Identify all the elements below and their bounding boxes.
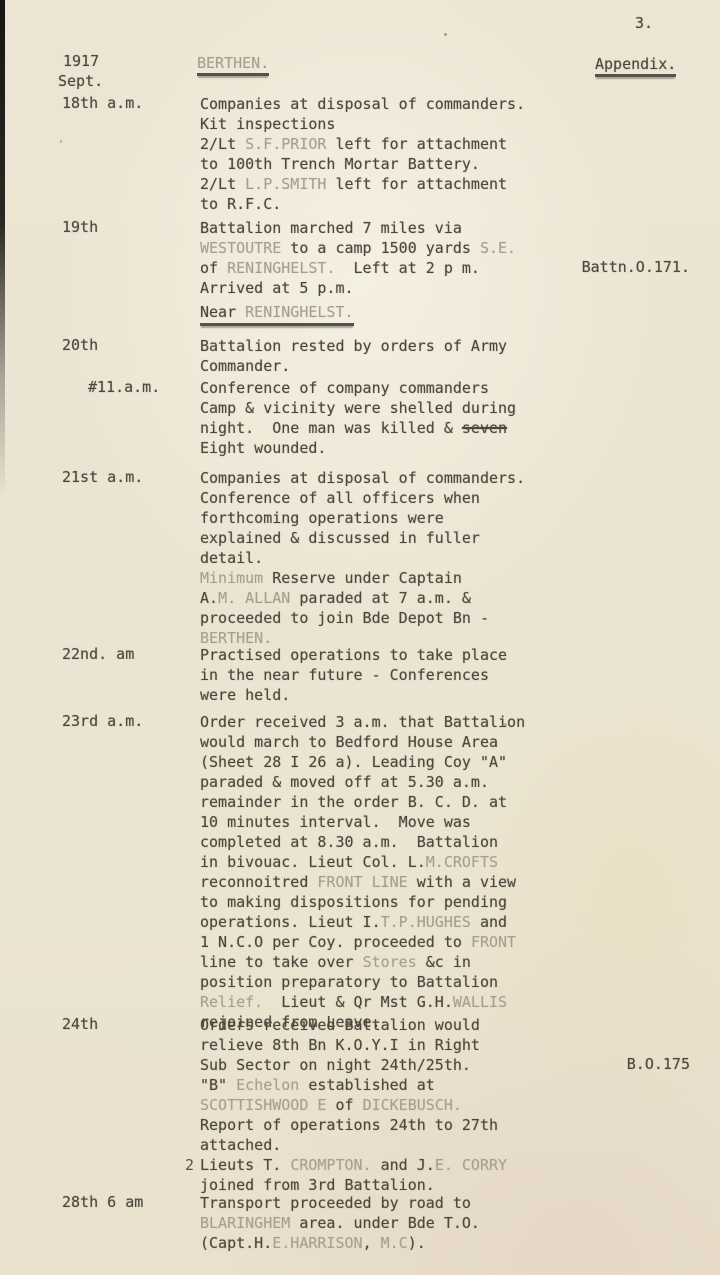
- text-segment: A.: [200, 589, 218, 607]
- entry-line: SCOTTISHWOOD E of DICKEBUSCH.: [200, 1095, 600, 1115]
- text-segment: Eight wounded.: [200, 439, 326, 457]
- text-segment: area. under Bde T.O.: [290, 1214, 480, 1232]
- entry-date: 23rd a.m.: [62, 712, 143, 730]
- text-segment: completed at 8.30 a.m. Battalion: [200, 833, 498, 851]
- entry-body: Companies at disposal of commanders.Conf…: [200, 468, 600, 648]
- text-segment: BLARINGHEM: [200, 1214, 290, 1232]
- entry-body: Battalion marched 7 miles viaWESTOUTRE t…: [200, 218, 600, 298]
- text-segment: remainder in the order B. C. D. at: [200, 793, 507, 811]
- entry-line: Minimum Reserve under Captain: [200, 568, 600, 588]
- text-segment: position preparatory to Battalion: [200, 973, 498, 991]
- text-segment: Battalion rested by orders of Army: [200, 337, 507, 355]
- entry-line: night. One man was killed & seven: [200, 418, 600, 438]
- text-segment: Commander.: [200, 357, 290, 375]
- entry-body: Battalion rested by orders of ArmyComman…: [200, 336, 600, 376]
- entry-date: 19th: [62, 218, 98, 236]
- text-segment: Lieuts T.: [200, 1156, 290, 1174]
- text-segment: explained & discussed in fuller: [200, 529, 480, 547]
- text-segment: M. ALLAN: [218, 589, 290, 607]
- entry-date: 22nd. am: [62, 645, 134, 663]
- entry-line: Near RENINGHELST.: [200, 302, 600, 326]
- entry-line: Battalion marched 7 miles via: [200, 218, 600, 238]
- text-segment: Kit inspections: [200, 115, 335, 133]
- entry-line: explained & discussed in fuller: [200, 528, 600, 548]
- entry-line: remainder in the order B. C. D. at: [200, 792, 600, 812]
- text-segment: Arrived at 5 p.m.: [200, 279, 354, 297]
- entry-line: proceeded to join Bde Depot Bn -: [200, 608, 600, 628]
- text-segment: Order received 3 a.m. that Battalion: [200, 713, 525, 731]
- text-segment: "B": [200, 1076, 236, 1094]
- entry-body: Conference of company commandersCamp & v…: [200, 378, 600, 458]
- entry-line: Battalion rested by orders of Army: [200, 336, 600, 356]
- text-segment: RENINGHELST.: [245, 303, 353, 321]
- diary-year: 1917: [63, 52, 99, 70]
- text-segment: Echelon: [236, 1076, 299, 1094]
- entry-line: Relief. Lieut & Qr Mst G.H.WALLIS: [200, 992, 600, 1012]
- entry-date: 20th: [62, 336, 98, 354]
- paper-speck: [444, 33, 447, 36]
- entry-line: Conference of all officers when: [200, 488, 600, 508]
- text-segment: &c in: [417, 953, 471, 971]
- paper-speck: [60, 140, 62, 143]
- text-segment: Battalion marched 7 miles via: [200, 219, 462, 237]
- text-segment: left for attachment: [326, 135, 507, 153]
- text-segment: would march to Bedford House Area: [200, 733, 498, 751]
- text-segment: relieve 8th Bn K.O.Y.I in Right: [200, 1036, 480, 1054]
- text-segment: Conference of company commanders: [200, 379, 489, 397]
- text-segment: M.C: [381, 1234, 408, 1252]
- entry-line: would march to Bedford House Area: [200, 732, 600, 752]
- entry-date: 21st a.m.: [62, 468, 143, 486]
- entry-line: Companies at disposal of commanders.: [200, 468, 600, 488]
- text-segment: of: [200, 259, 227, 277]
- text-segment: T.P.HUGHES: [381, 913, 471, 931]
- reference-note: B.O.175: [627, 1055, 690, 1073]
- text-segment: were held.: [200, 686, 290, 704]
- text-segment: ,: [363, 1234, 381, 1252]
- text-segment: Minimum: [200, 569, 263, 587]
- entry-line: BLARINGHEM area. under Bde T.O.: [200, 1213, 600, 1233]
- text-segment: 10 minutes interval. Move was: [200, 813, 471, 831]
- text-segment: Sub Sector on night 24th/25th.: [200, 1056, 471, 1074]
- text-segment: reconnoitred: [200, 873, 317, 891]
- text-segment: Companies at disposal of commanders.: [200, 95, 525, 113]
- text-segment: night. One man was killed &: [200, 419, 462, 437]
- text-segment: 2/Lt: [200, 135, 245, 153]
- entry-line: attached.: [200, 1135, 600, 1155]
- entry-line: 2/Lt S.F.PRIOR left for attachment: [200, 134, 600, 154]
- text-segment: (Capt.H.: [200, 1234, 272, 1252]
- scan-edge-shadow: [0, 0, 5, 500]
- entry-line: Commander.: [200, 356, 600, 376]
- entry-line: Eight wounded.: [200, 438, 600, 458]
- entry-line: to R.F.C.: [200, 194, 600, 214]
- entry-line: joined from 3rd Battalion.: [200, 1175, 600, 1195]
- text-segment: M.CROFTS: [426, 853, 498, 871]
- text-segment: E. CORRY: [435, 1156, 507, 1174]
- reference-note: Battn.O.171.: [582, 258, 690, 276]
- entry-line: line to take over Stores &c in: [200, 952, 600, 972]
- text-segment: Companies at disposal of commanders.: [200, 469, 525, 487]
- entry-line: A.M. ALLAN paraded at 7 a.m. &: [200, 588, 600, 608]
- text-segment: S.F.PRIOR: [245, 135, 326, 153]
- entry-body: Practised operations to take placein the…: [200, 645, 600, 705]
- entry-body: Orders received Battalion wouldrelieve 8…: [200, 1015, 600, 1195]
- entry-line: Report of operations 24th to 27th: [200, 1115, 600, 1135]
- entry-line: 2Lieuts T. CROMPTON. and J.E. CORRY: [200, 1155, 600, 1175]
- text-segment: WESTOUTRE: [200, 239, 281, 257]
- entry-line: completed at 8.30 a.m. Battalion: [200, 832, 600, 852]
- text-segment: 2/Lt: [200, 175, 245, 193]
- entry-body: Near RENINGHELST.: [200, 302, 600, 326]
- entry-line: forthcoming operations were: [200, 508, 600, 528]
- entry-line: to 100th Trench Mortar Battery.: [200, 154, 600, 174]
- text-segment: L.P.SMITH: [245, 175, 326, 193]
- text-segment: to 100th Trench Mortar Battery.: [200, 155, 480, 173]
- text-segment: Relief.: [200, 993, 263, 1011]
- text-segment: 1 N.C.O per Coy. proceeded to: [200, 933, 471, 951]
- text-segment: Near: [200, 303, 245, 321]
- entry-line: Camp & vicinity were shelled during: [200, 398, 600, 418]
- entry-body: Order received 3 a.m. that Battalionwoul…: [200, 712, 600, 1032]
- entry-line: Transport proceeded by road to: [200, 1193, 600, 1213]
- text-segment: ).: [408, 1234, 426, 1252]
- entry-line: in bivouac. Lieut Col. L.M.CROFTS: [200, 852, 600, 872]
- text-segment: detail.: [200, 549, 263, 567]
- text-segment: Reserve under Captain: [263, 569, 462, 587]
- text-segment: to a camp 1500 yards: [281, 239, 480, 257]
- text-segment: of: [326, 1096, 362, 1114]
- entry-line: detail.: [200, 548, 600, 568]
- entry-line: Companies at disposal of commanders.: [200, 94, 600, 114]
- text-segment: line to take over: [200, 953, 363, 971]
- text-segment: operations. Lieut I.: [200, 913, 381, 931]
- entry-line: Arrived at 5 p.m.: [200, 278, 600, 298]
- text-segment: Lieut & Qr Mst G.H.: [263, 993, 453, 1011]
- entry-line: were held.: [200, 685, 600, 705]
- text-segment: Camp & vicinity were shelled during: [200, 399, 516, 417]
- text-segment: S.E.: [480, 239, 516, 257]
- entry-line: Conference of company commanders: [200, 378, 600, 398]
- text-segment: SCOTTISHWOOD E: [200, 1096, 326, 1114]
- text-segment: forthcoming operations were: [200, 509, 444, 527]
- text-segment: E.HARRISON: [272, 1234, 362, 1252]
- entry-date: 24th: [62, 1015, 98, 1033]
- entry-line: operations. Lieut I.T.P.HUGHES and: [200, 912, 600, 932]
- text-segment: Practised operations to take place: [200, 646, 507, 664]
- text-segment: DICKEBUSCH.: [363, 1096, 462, 1114]
- text-segment: paraded at 7 a.m. &: [290, 589, 471, 607]
- text-segment: FRONT LINE: [317, 873, 407, 891]
- entry-date: 28th 6 am: [62, 1193, 143, 1211]
- entry-line: position preparatory to Battalion: [200, 972, 600, 992]
- text-segment: FRONT: [471, 933, 516, 951]
- entry-line: 10 minutes interval. Move was: [200, 812, 600, 832]
- text-segment: proceeded to join Bde Depot Bn -: [200, 609, 489, 627]
- entry-body: Companies at disposal of commanders.Kit …: [200, 94, 600, 214]
- entry-date: 18th a.m.: [62, 94, 143, 112]
- text-segment: and: [471, 913, 507, 931]
- entry-line: paraded & moved off at 5.30 a.m.: [200, 772, 600, 792]
- diary-month: Sept.: [58, 72, 103, 90]
- text-segment: Conference of all officers when: [200, 489, 480, 507]
- entry-line: WESTOUTRE to a camp 1500 yards S.E.: [200, 238, 600, 258]
- entry-line: (Sheet 28 I 26 a). Leading Coy "A": [200, 752, 600, 772]
- place-heading: BERTHEN.: [197, 54, 269, 76]
- text-segment: attached.: [200, 1136, 281, 1154]
- entry-line: (Capt.H.E.HARRISON, M.C).: [200, 1233, 600, 1253]
- text-segment: RENINGHELST.: [227, 259, 335, 277]
- text-segment: paraded & moved off at 5.30 a.m.: [200, 773, 489, 791]
- text-segment: to making dispositions for pending: [200, 893, 507, 911]
- entry-body: Transport proceeded by road toBLARINGHEM…: [200, 1193, 600, 1253]
- entry-line: 1 N.C.O per Coy. proceeded to FRONT: [200, 932, 600, 952]
- text-segment: (Sheet 28 I 26 a). Leading Coy "A": [200, 753, 507, 771]
- page-number: 3.: [635, 14, 653, 32]
- text-segment: and J.: [372, 1156, 435, 1174]
- text-segment: Left at 2 p m.: [335, 259, 480, 277]
- text-segment: left for attachment: [326, 175, 507, 193]
- entry-line: Orders received Battalion would: [200, 1015, 600, 1035]
- text-segment: joined from 3rd Battalion.: [200, 1176, 435, 1194]
- text-segment: in the near future - Conferences: [200, 666, 489, 684]
- text-segment: seven: [462, 419, 507, 437]
- text-segment: with a view: [408, 873, 516, 891]
- entry-line: 2/Lt L.P.SMITH left for attachment: [200, 174, 600, 194]
- entry-line: relieve 8th Bn K.O.Y.I in Right: [200, 1035, 600, 1055]
- entry-date: #11.a.m.: [88, 378, 160, 396]
- war-diary-page: 3. 1917 Sept. BERTHEN. Appendix. 18th a.…: [0, 0, 720, 1275]
- text-segment: Stores: [363, 953, 417, 971]
- text-segment: Orders received Battalion would: [200, 1016, 480, 1034]
- entry-line: reconnoitred FRONT LINE with a view: [200, 872, 600, 892]
- text-segment: in bivouac. Lieut Col. L.: [200, 853, 426, 871]
- entry-line: Sub Sector on night 24th/25th.: [200, 1055, 600, 1075]
- entry-line: in the near future - Conferences: [200, 665, 600, 685]
- entry-line: Practised operations to take place: [200, 645, 600, 665]
- text-segment: to R.F.C.: [200, 195, 281, 213]
- entry-line: to making dispositions for pending: [200, 892, 600, 912]
- appendix-heading: Appendix.: [595, 55, 676, 77]
- entry-line: Order received 3 a.m. that Battalion: [200, 712, 600, 732]
- entry-line: "B" Echelon established at: [200, 1075, 600, 1095]
- text-segment: Report of operations 24th to 27th: [200, 1116, 498, 1134]
- entry-line: of RENINGHELST. Left at 2 p m.: [200, 258, 600, 278]
- text-segment: WALLIS: [453, 993, 507, 1011]
- entry-line: Kit inspections: [200, 114, 600, 134]
- text-segment: established at: [299, 1076, 434, 1094]
- text-segment: Transport proceeded by road to: [200, 1194, 471, 1212]
- text-segment: CROMPTON.: [290, 1156, 371, 1174]
